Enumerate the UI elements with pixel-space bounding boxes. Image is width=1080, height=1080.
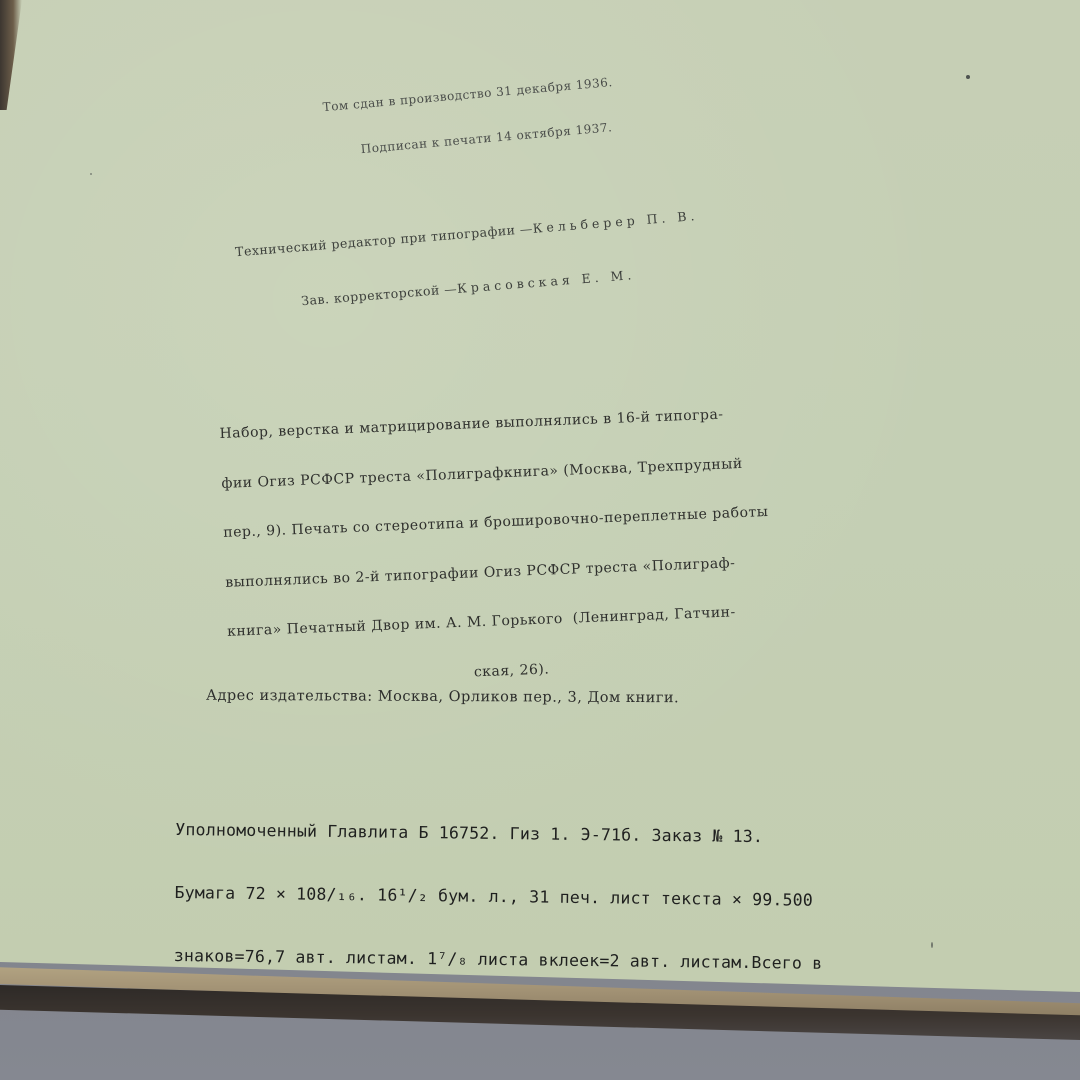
imprint-line: Уполномоченный Главлита Б 16752. Гиз 1. …: [175, 819, 824, 848]
signed-for-print-line: Подписан к печати 14 октября 1937.: [326, 120, 617, 160]
printing-line: пер., 9). Печать со стереотипа и броширо…: [223, 504, 769, 541]
paper-speck: [90, 173, 92, 175]
technical-editor-label: Технический редактор при типографии —: [235, 221, 534, 259]
imprint-line: знаков=76,7 авт. листам. 1⁷/₈ листа вкле…: [174, 945, 823, 974]
proofreading-head-line: Зав. корректорской —Красовская Е. М.: [239, 261, 704, 315]
printing-line: выполнялись во 2-й типографии Огиз РСФСР…: [225, 553, 771, 590]
printing-line: ская, 26).: [229, 652, 775, 689]
editors-credits: Технический редактор при типографии —Кел…: [232, 171, 706, 351]
proofreading-head-label: Зав. корректорской —: [301, 281, 458, 308]
printing-info: Набор, верстка и матрицирование выполнял…: [218, 372, 776, 723]
printing-line: Набор, верстка и матрицирование выполнял…: [219, 405, 765, 442]
sent-to-production-line: Том сдан в производство 31 декабря 1936.: [322, 75, 613, 115]
technical-editor-line: Технический редактор при типографии —Кел…: [235, 207, 700, 261]
proofreading-head-name: Красовская Е. М.: [457, 267, 636, 296]
imprint-line: Бумага 72 × 108/₁₆. 16¹/₂ бум. л., 31 пе…: [174, 882, 823, 911]
paper-speck: [966, 75, 970, 79]
paper-speck: [931, 942, 933, 948]
imprint-details: Уполномоченный Главлита Б 16752. Гиз 1. …: [172, 777, 824, 1079]
printing-line: фии Огиз РСФСР треста «Полиграфкнига» (М…: [221, 455, 767, 492]
technical-editor-name: Кельберер П. В.: [532, 208, 699, 236]
printing-line: книга» Печатный Двор им. А. М. Горького …: [227, 603, 773, 640]
publisher-address: Адрес издательства: Москва, Орликов пер.…: [206, 687, 679, 707]
production-dates: Том сдан в производство 31 декабря 1936.…: [320, 45, 620, 190]
photo-scene: Том сдан в производство 31 декабря 1936.…: [0, 0, 1080, 1080]
book-page: Том сдан в производство 31 декабря 1936.…: [0, 0, 1080, 1000]
